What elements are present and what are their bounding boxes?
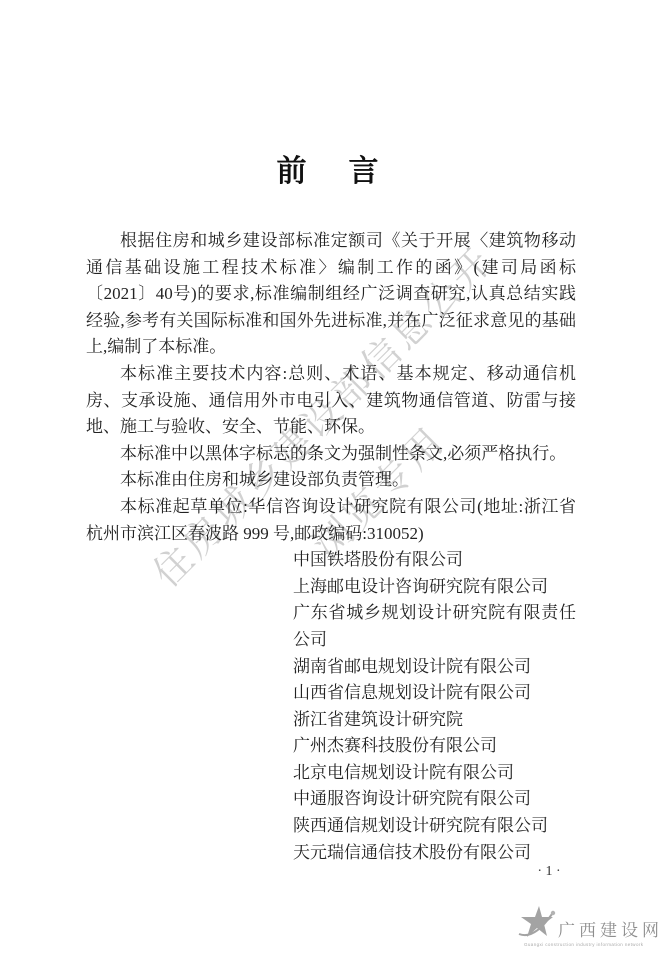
logo-name: 广西建设网 — [558, 916, 661, 941]
body-paragraph-2: 本标准主要技术内容:总则、术语、基本规定、移动通信机房、支承设施、通信用外市电引… — [86, 361, 576, 441]
logo-tagline: Guangxi construction industry informatio… — [524, 942, 654, 947]
body-paragraph-5: 本标准起草单位:华信咨询设计研究院有限公司(地址:浙江省杭州市滨江区春波路 99… — [86, 494, 576, 547]
drafting-unit-item: 上海邮电设计咨询研究院有限公司 — [293, 574, 576, 601]
drafting-unit-item: 湖南省邮电规划设计院有限公司 — [293, 654, 576, 681]
site-logo: 广西建设网 Guangxi construction industry info… — [516, 900, 658, 954]
drafting-unit-item: 山西省信息规划设计院有限公司 — [293, 680, 576, 707]
body-paragraph-3: 本标准中以黑体字标志的条文为强制性条文,必须严格执行。 — [86, 441, 576, 468]
body-paragraph-1: 根据住房和城乡建设部标准定额司《关于开展〈建筑物移动通信基础设施工程技术标准〉编… — [86, 228, 576, 361]
drafting-unit-item: 广东省城乡规划设计研究院有限责任公司 — [293, 600, 576, 653]
drafting-unit-item: 浙江省建筑设计研究院 — [293, 707, 576, 734]
page-number: · 1 · — [516, 864, 582, 880]
preface-body: 根据住房和城乡建设部标准定额司《关于开展〈建筑物移动通信基础设施工程技术标准〉编… — [86, 228, 576, 866]
drafting-unit-item: 天元瑞信通信技术股份有限公司 — [293, 840, 576, 867]
drafting-unit-item: 中通服咨询设计研究院有限公司 — [293, 786, 576, 813]
document-page: 住房城乡建设部信息公开 浏览专用 前 言 根据住房和城乡建设部标准定额司《关于开… — [0, 0, 661, 959]
drafting-unit-item: 陕西通信规划设计研究院有限公司 — [293, 813, 576, 840]
drafting-unit-item: 广州杰赛科技股份有限公司 — [293, 733, 576, 760]
drafting-unit-item: 中国铁塔股份有限公司 — [293, 547, 576, 574]
drafting-unit-item: 北京电信规划设计院有限公司 — [293, 760, 576, 787]
body-paragraph-4: 本标准由住房和城乡建设部负责管理。 — [86, 467, 576, 494]
drafting-units-list: 中国铁塔股份有限公司上海邮电设计咨询研究院有限公司广东省城乡规划设计研究院有限责… — [293, 547, 576, 866]
page-title: 前 言 — [0, 146, 661, 190]
